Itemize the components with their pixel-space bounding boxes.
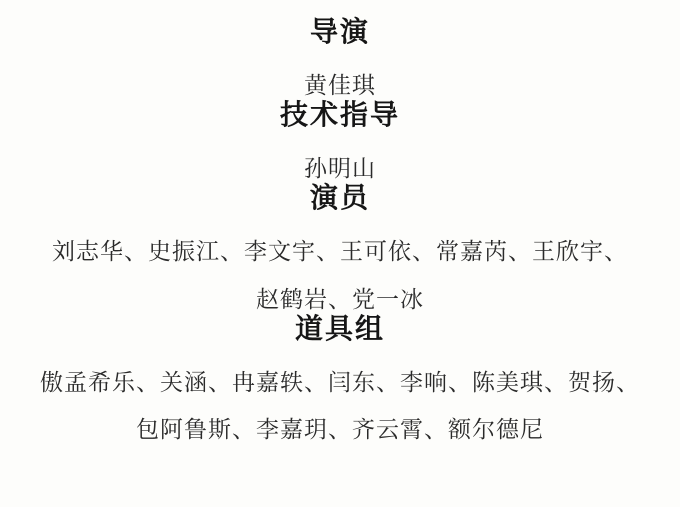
credit-line-cast-names-1: 刘志华、史振江、李文宇、王可依、常嘉芮、王欣宇、: [18, 238, 662, 266]
credit-line-props-team-names-2: 包阿鲁斯、李嘉玥、齐云霄、额尔德尼: [18, 416, 662, 444]
section-title-props-team: 道具组: [0, 313, 680, 347]
credits-document: 导演 黄佳琪 技术指导 孙明山 演员 刘志华、史振江、李文宇、王可依、常嘉芮、王…: [0, 0, 680, 507]
credit-line-props-team-names-1: 傲孟希乐、关涵、冉嘉轶、闫东、李响、陈美琪、贺扬、: [18, 369, 662, 397]
credits-section-technical-direction: 技术指导 孙明山: [0, 99, 680, 182]
credits-section-cast: 演员 刘志华、史振江、李文宇、王可依、常嘉芮、王欣宇、 赵鹤岩、党一冰: [0, 182, 680, 313]
section-title-technical-direction: 技术指导: [0, 99, 680, 133]
credit-line-cast-names-2: 赵鹤岩、党一冰: [18, 286, 662, 314]
credits-section-props-team: 道具组 傲孟希乐、关涵、冉嘉轶、闫东、李响、陈美琪、贺扬、 包阿鲁斯、李嘉玥、齐…: [0, 313, 680, 444]
credit-line-technical-direction-names: 孙明山: [18, 155, 662, 183]
section-title-cast: 演员: [0, 182, 680, 216]
credit-line-director-names: 黄佳琪: [18, 72, 662, 100]
section-title-director: 导演: [0, 16, 680, 50]
credits-section-director: 导演 黄佳琪: [0, 16, 680, 99]
